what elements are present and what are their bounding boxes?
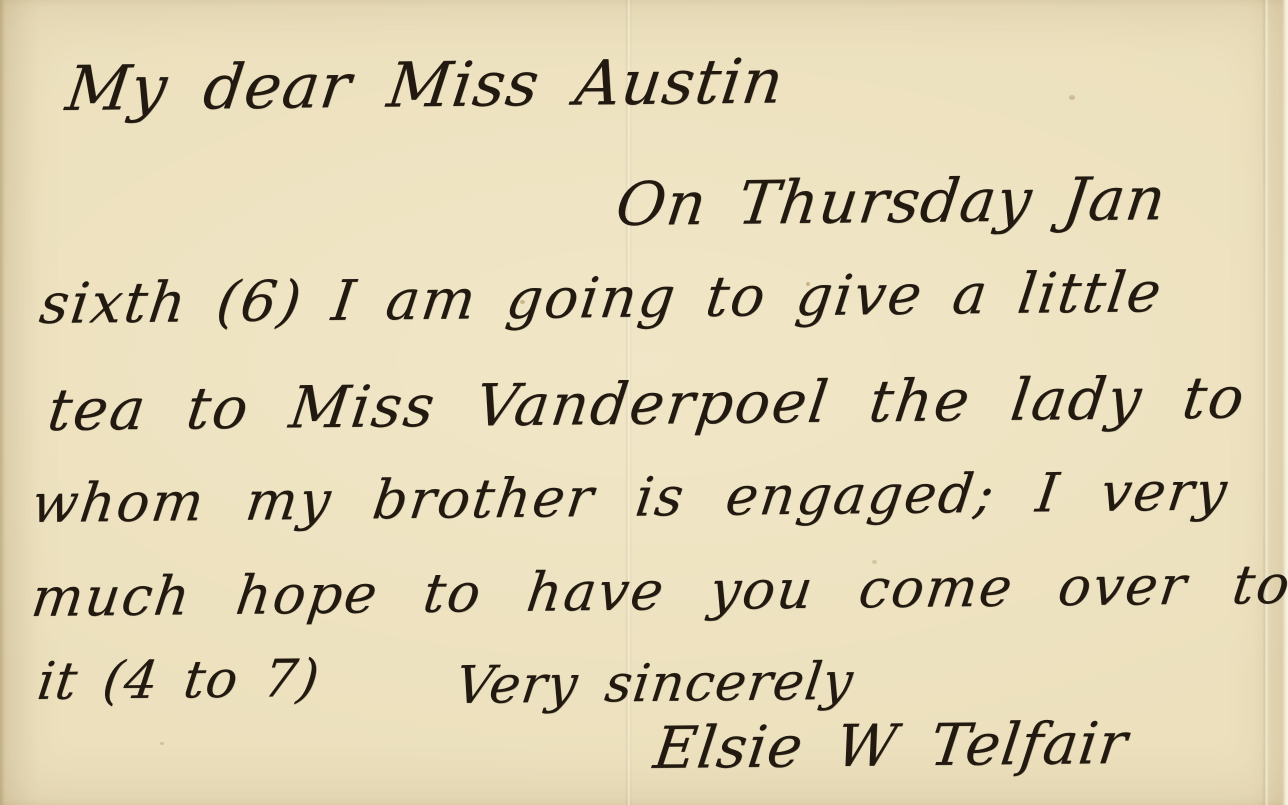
letter-line: tea to Miss Vanderpoel the lady to (44, 363, 1250, 444)
fold-crease-right (1262, 0, 1269, 805)
letter-salutation: My dear Miss Austin (62, 45, 788, 125)
foxing-speck (1069, 95, 1075, 100)
letter-line: whom my brother is engaged; I very (28, 459, 1232, 535)
letter-closing: Very sincerely (452, 652, 857, 716)
foxing-speck (160, 742, 164, 745)
letter-line: On Thursday Jan (612, 164, 1170, 240)
paper-edge-right (1282, 0, 1288, 805)
letter-line: it (4 to 7) (34, 649, 323, 712)
letter-signature: Elsie W Telfair (650, 709, 1132, 782)
letter-page: My dear Miss Austin On Thursday Jan sixt… (0, 0, 1288, 805)
paper-edge-left (0, 0, 5, 805)
letter-line: much hope to have you come over to (28, 553, 1288, 629)
letter-line: sixth (6) I am going to give a little (36, 260, 1167, 337)
